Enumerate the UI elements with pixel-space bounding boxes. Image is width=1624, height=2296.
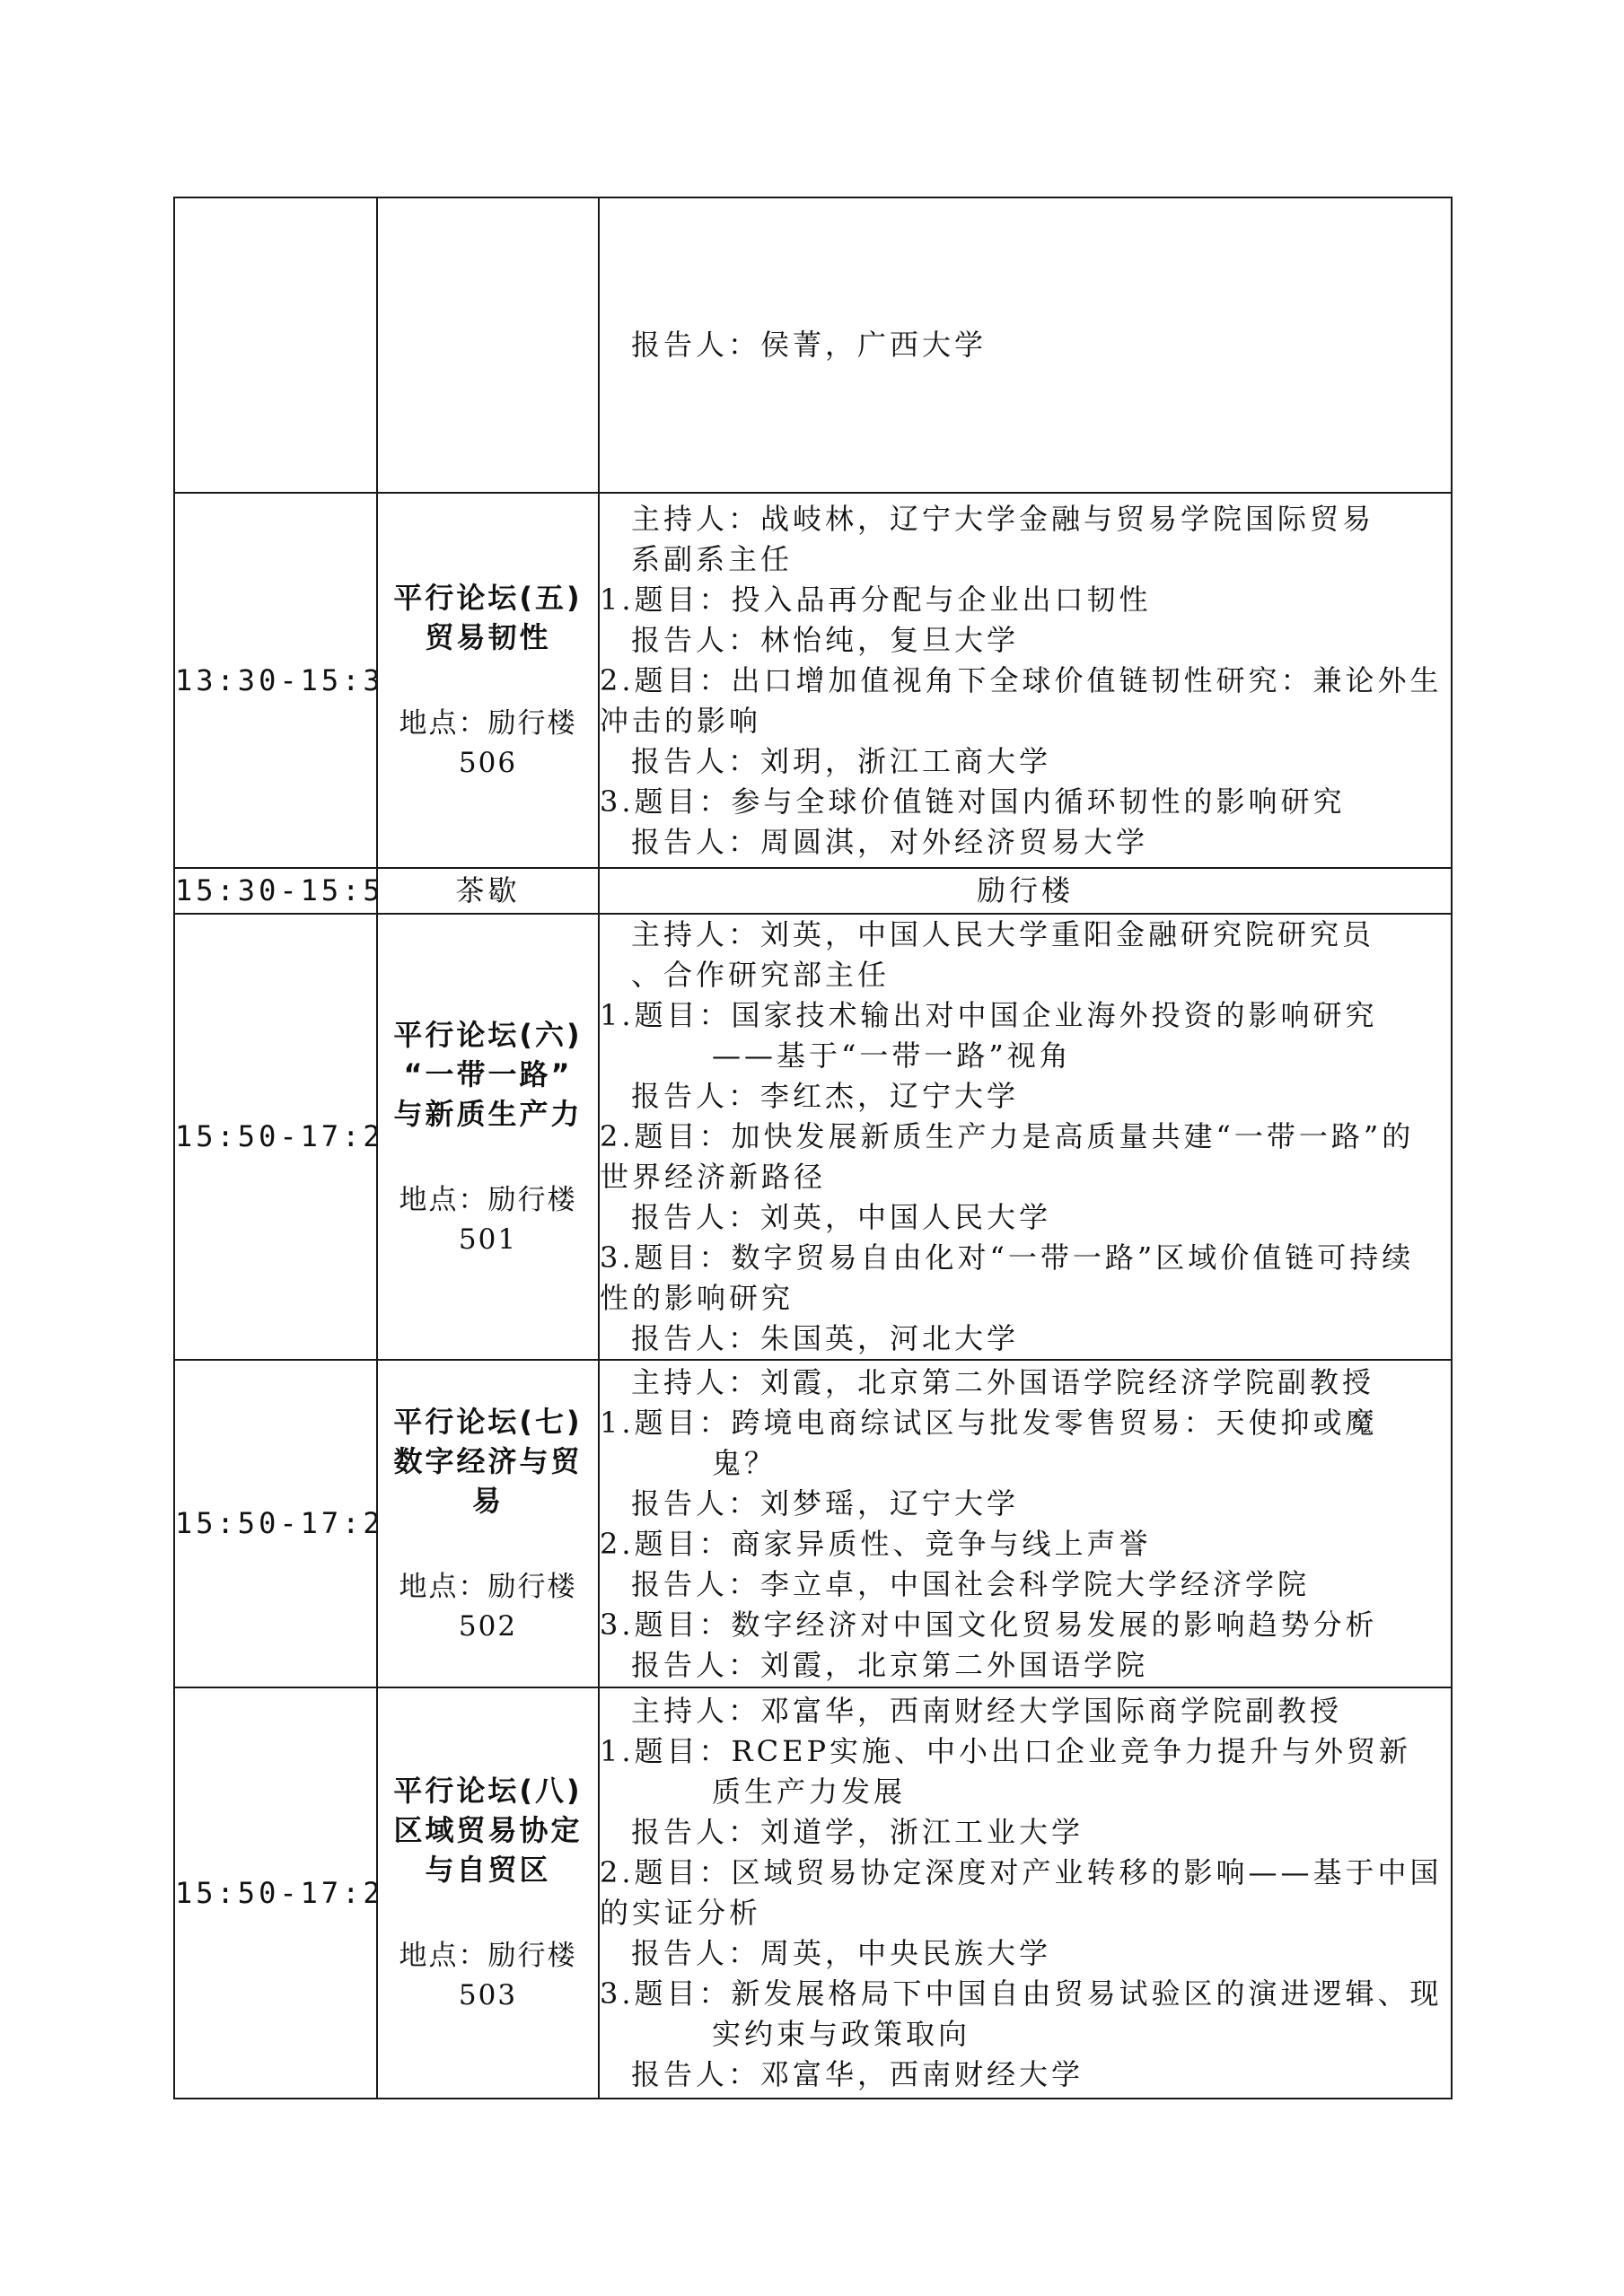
forum-title-line: 平行论坛(七) xyxy=(380,1402,596,1442)
speaker-line: 报告人：刘英，中国人民大学 xyxy=(600,1197,1451,1238)
tea-break-location: 励行楼 xyxy=(599,868,1452,914)
topic-line: 1.题目：投入品再分配与企业出口韧性 xyxy=(600,580,1451,620)
moderator-line: 主持人：刘英，中国人民大学重阳金融研究院研究员 xyxy=(600,915,1451,955)
forum-title: 平行论坛(五) 贸易韧性 xyxy=(378,578,598,657)
topic-line: 实约束与政策取向 xyxy=(600,2014,1451,2055)
conference-schedule-table: 报告人：侯菁，广西大学 13:30-15:30 平行论坛(五) 贸易韧性 地点：… xyxy=(173,197,1453,2099)
schedule-row-tea-break: 15:30-15:50 茶歇 励行楼 xyxy=(174,868,1452,914)
schedule-row-continuation: 报告人：侯菁，广西大学 xyxy=(174,197,1452,493)
location-label: 地点：励行楼 xyxy=(378,704,598,743)
forum-location: 地点：励行楼 503 xyxy=(378,1936,598,2015)
location-room: 503 xyxy=(378,1976,598,2015)
topic-line: 3.题目：数字贸易自由化对“一带一路”区域价值链可持续 xyxy=(600,1238,1451,1278)
topic-line: 3.题目：参与全球价值链对国内循环韧性的影响研究 xyxy=(600,782,1451,822)
location-label: 地点：励行楼 xyxy=(378,1567,598,1607)
topic-line: 2.题目：商家异质性、竞争与线上声誉 xyxy=(600,1524,1451,1564)
forum-title-line: “一带一路” xyxy=(380,1055,596,1094)
time-cell xyxy=(174,197,377,493)
topic-line: 1.题目：跨境电商综试区与批发零售贸易：天使抑或魔 xyxy=(600,1403,1451,1443)
schedule-row-forum-5: 13:30-15:30 平行论坛(五) 贸易韧性 地点：励行楼 506 主持人：… xyxy=(174,493,1452,868)
topic-line: 、合作研究部主任 xyxy=(600,955,1451,995)
topic-line: 2.题目：出口增加值视角下全球价值链韧性研究：兼论外生 xyxy=(600,661,1451,701)
content-lines: 报告人：侯菁，广西大学 xyxy=(600,325,1451,365)
speaker-line: 报告人：李红杰，辽宁大学 xyxy=(600,1076,1451,1117)
forum-location: 地点：励行楼 506 xyxy=(378,704,598,783)
forum-cell: 平行论坛(七) 数字经济与贸 易 地点：励行楼 502 xyxy=(377,1360,599,1687)
topic-line: 3.题目：数字经济对中国文化贸易发展的影响趋势分析 xyxy=(600,1605,1451,1645)
topic-line: 的实证分析 xyxy=(600,1893,1451,1933)
speaker-line: 报告人：邓富华，西南财经大学 xyxy=(600,2055,1451,2095)
content-cell: 主持人：邓富华，西南财经大学国际商学院副教授1.题目：RCEP实施、中小出口企业… xyxy=(599,1687,1452,2099)
speaker-line: 报告人：李立卓，中国社会科学院大学经济学院 xyxy=(600,1564,1451,1605)
content-lines: 主持人：战岐林，辽宁大学金融与贸易学院国际贸易系副系主任1.题目：投入品再分配与… xyxy=(600,499,1451,863)
topic-line: 质生产力发展 xyxy=(600,1772,1451,1812)
topic-line: 性的影响研究 xyxy=(600,1278,1451,1319)
content-lines: 主持人：邓富华，西南财经大学国际商学院副教授1.题目：RCEP实施、中小出口企业… xyxy=(600,1691,1451,2095)
forum-title-line: 数字经济与贸 xyxy=(380,1442,596,1481)
location-room: 501 xyxy=(378,1220,598,1259)
forum-cell xyxy=(377,197,599,493)
content-cell: 主持人：刘英，中国人民大学重阳金融研究院研究员、合作研究部主任1.题目：国家技术… xyxy=(599,914,1452,1360)
forum-title: 平行论坛(六) “一带一路” 与新质生产力 xyxy=(378,1015,598,1134)
speaker-line: 报告人：刘玥，浙江工商大学 xyxy=(600,741,1451,782)
speaker-line: 报告人：林怡纯，复旦大学 xyxy=(600,620,1451,661)
topic-line: 2.题目：加快发展新质生产力是高质量共建“一带一路”的 xyxy=(600,1117,1451,1157)
location-label: 地点：励行楼 xyxy=(378,1180,598,1220)
speaker-line: 报告人：侯菁，广西大学 xyxy=(600,325,1451,365)
tea-break-label: 茶歇 xyxy=(377,868,599,914)
schedule-row-forum-6: 15:50-17:20 平行论坛(六) “一带一路” 与新质生产力 地点：励行楼… xyxy=(174,914,1452,1360)
content-lines: 主持人：刘英，中国人民大学重阳金融研究院研究员、合作研究部主任1.题目：国家技术… xyxy=(600,915,1451,1359)
topic-line: 冲击的影响 xyxy=(600,701,1451,741)
time-cell: 13:30-15:30 xyxy=(174,493,377,868)
topic-line: 1.题目：国家技术输出对中国企业海外投资的影响研究 xyxy=(600,995,1451,1036)
topic-line: 世界经济新路径 xyxy=(600,1157,1451,1197)
topic-line: ——基于“一带一路”视角 xyxy=(600,1036,1451,1076)
topic-line: 鬼？ xyxy=(600,1443,1451,1484)
forum-title-line: 与自贸区 xyxy=(380,1850,596,1889)
time-cell: 15:50-17:20 xyxy=(174,1687,377,2099)
forum-location: 地点：励行楼 501 xyxy=(378,1180,598,1259)
forum-title-line: 平行论坛(五) xyxy=(380,578,596,618)
topic-line: 系副系主任 xyxy=(600,539,1451,580)
forum-title-line: 区域贸易协定 xyxy=(380,1810,596,1850)
location-room: 502 xyxy=(378,1607,598,1646)
forum-title-line: 与新质生产力 xyxy=(380,1094,596,1134)
location-room: 506 xyxy=(378,743,598,783)
moderator-line: 主持人：邓富华，西南财经大学国际商学院副教授 xyxy=(600,1691,1451,1731)
time-cell: 15:30-15:50 xyxy=(174,868,377,914)
forum-location: 地点：励行楼 502 xyxy=(378,1567,598,1646)
forum-title-line: 贸易韧性 xyxy=(380,618,596,657)
forum-cell: 平行论坛(六) “一带一路” 与新质生产力 地点：励行楼 501 xyxy=(377,914,599,1360)
topic-line: 1.题目：RCEP实施、中小出口企业竞争力提升与外贸新 xyxy=(600,1731,1451,1772)
moderator-line: 主持人：刘霞，北京第二外国语学院经济学院副教授 xyxy=(600,1363,1451,1403)
forum-title: 平行论坛(八) 区域贸易协定 与自贸区 xyxy=(378,1771,598,1889)
speaker-line: 报告人：周英，中央民族大学 xyxy=(600,1933,1451,1974)
location-label: 地点：励行楼 xyxy=(378,1936,598,1976)
forum-cell: 平行论坛(五) 贸易韧性 地点：励行楼 506 xyxy=(377,493,599,868)
forum-title-line: 平行论坛(六) xyxy=(380,1015,596,1055)
forum-title-line: 平行论坛(八) xyxy=(380,1771,596,1810)
topic-line: 3.题目：新发展格局下中国自由贸易试验区的演进逻辑、现 xyxy=(600,1974,1451,2014)
content-cell: 报告人：侯菁，广西大学 xyxy=(599,197,1452,493)
speaker-line: 报告人：刘道学，浙江工业大学 xyxy=(600,1812,1451,1853)
content-lines: 主持人：刘霞，北京第二外国语学院经济学院副教授1.题目：跨境电商综试区与批发零售… xyxy=(600,1363,1451,1686)
topic-line: 2.题目：区域贸易协定深度对产业转移的影响——基于中国 xyxy=(600,1853,1451,1893)
content-cell: 主持人：战岐林，辽宁大学金融与贸易学院国际贸易系副系主任1.题目：投入品再分配与… xyxy=(599,493,1452,868)
schedule-row-forum-8: 15:50-17:20 平行论坛(八) 区域贸易协定 与自贸区 地点：励行楼 5… xyxy=(174,1687,1452,2099)
speaker-line: 报告人：刘梦瑶，辽宁大学 xyxy=(600,1484,1451,1524)
document-page: 报告人：侯菁，广西大学 13:30-15:30 平行论坛(五) 贸易韧性 地点：… xyxy=(0,0,1624,2296)
speaker-line: 报告人：朱国英，河北大学 xyxy=(600,1319,1451,1359)
speaker-line: 报告人：周圆淇，对外经济贸易大学 xyxy=(600,822,1451,863)
schedule-row-forum-7: 15:50-17:20 平行论坛(七) 数字经济与贸 易 地点：励行楼 502 … xyxy=(174,1360,1452,1687)
forum-title-line: 易 xyxy=(380,1481,596,1520)
forum-title: 平行论坛(七) 数字经济与贸 易 xyxy=(378,1402,598,1520)
forum-cell: 平行论坛(八) 区域贸易协定 与自贸区 地点：励行楼 503 xyxy=(377,1687,599,2099)
time-cell: 15:50-17:20 xyxy=(174,914,377,1360)
speaker-line: 报告人：刘霞，北京第二外国语学院 xyxy=(600,1645,1451,1686)
moderator-line: 主持人：战岐林，辽宁大学金融与贸易学院国际贸易 xyxy=(600,499,1451,539)
time-cell: 15:50-17:20 xyxy=(174,1360,377,1687)
content-cell: 主持人：刘霞，北京第二外国语学院经济学院副教授1.题目：跨境电商综试区与批发零售… xyxy=(599,1360,1452,1687)
